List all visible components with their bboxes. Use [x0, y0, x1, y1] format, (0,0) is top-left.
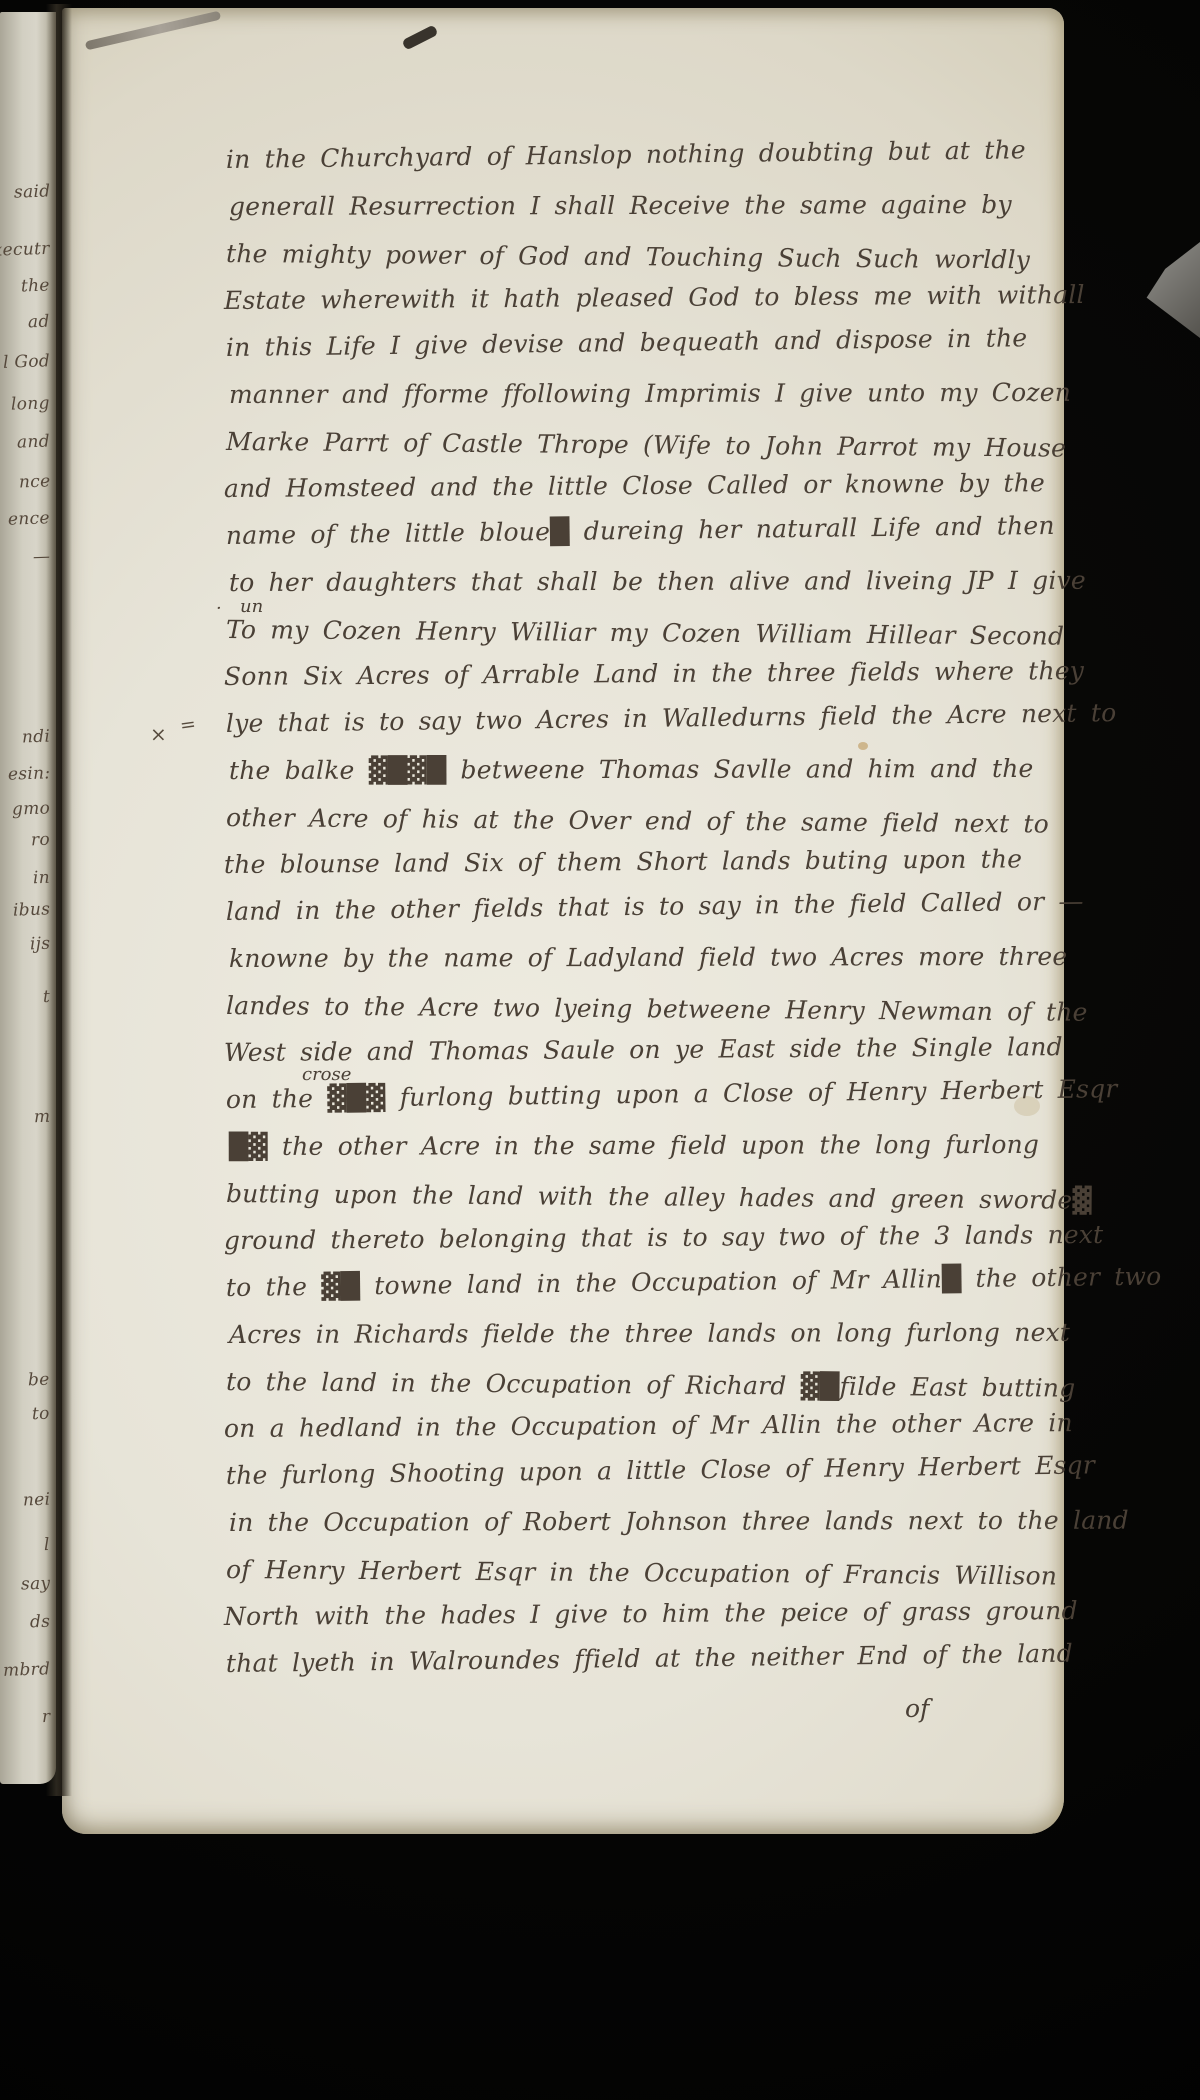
- verso-text-fragment: r: [41, 1707, 50, 1727]
- verso-text-fragment: Executr: [0, 239, 50, 261]
- manuscript-photo: said Executr the ad l God long and nce e…: [0, 0, 1200, 2100]
- marginal-dot-mark: ·: [216, 598, 222, 619]
- interlinear-insertion-crose: crose: [302, 1064, 351, 1085]
- manuscript-line: in the Occupation of Robert Johnson thre…: [229, 1501, 1081, 1550]
- verso-text-fragment: gmo: [12, 798, 51, 819]
- interlinear-insertion-un: un: [240, 596, 263, 617]
- verso-text-fragment: ijs: [29, 934, 50, 955]
- manuscript-line: to her daughters that shall be then aliv…: [229, 561, 1081, 610]
- verso-text-fragment: long: [11, 393, 50, 414]
- clip-fragment: [1142, 242, 1200, 338]
- manuscript-line: that lyeth in Walroundes ffield at the n…: [226, 1634, 1079, 1691]
- previous-page-edge: said Executr the ad l God long and nce e…: [0, 12, 56, 1784]
- manuscript-line: land in the other fields that is to say …: [226, 882, 1079, 939]
- verso-text-fragment: ds: [29, 1612, 50, 1633]
- manuscript-line: in the Churchyard of Hanslop nothing dou…: [226, 130, 1079, 187]
- marginal-cross-mark: ×: [150, 722, 167, 746]
- verso-text-fragment: m: [33, 1107, 50, 1128]
- manuscript-line: name of the little bloue█ dureing her na…: [226, 506, 1079, 563]
- verso-text-fragment: ad: [28, 312, 50, 333]
- manuscript-line: the balke ▓█▓█ betweene Thomas Savlle an…: [229, 749, 1081, 798]
- verso-text-fragment: —: [32, 547, 50, 568]
- manuscript-line: Acres in Richards fielde the three lands…: [229, 1313, 1081, 1362]
- manuscript-line: lye that is to say two Acres in Walledur…: [226, 694, 1079, 751]
- verso-text-fragment: esin:: [7, 763, 50, 784]
- manuscript-line: generall Resurrection I shall Receive th…: [229, 185, 1081, 234]
- verso-text-fragment: mbrd: [2, 1659, 50, 1681]
- verso-text-fragment: ence: [8, 508, 50, 529]
- manuscript-line: █▓ the other Acre in the same field upon…: [229, 1125, 1081, 1174]
- verso-text-fragment: in: [33, 868, 51, 889]
- manuscript-line: to the ▓█ towne land in the Occupation o…: [226, 1258, 1079, 1315]
- manuscript-line: on the ▓█▓ furlong butting upon a Close …: [226, 1070, 1079, 1127]
- verso-text-fragment: nei: [22, 1490, 50, 1511]
- verso-text-fragment: said: [13, 181, 50, 202]
- verso-text-fragment: the: [21, 276, 50, 297]
- manuscript-line: manner and fforme ffollowing Imprimis I …: [229, 373, 1081, 422]
- marginal-dash-mark: =: [179, 713, 198, 737]
- verso-text-fragment: to: [32, 1404, 50, 1425]
- manuscript-line: the furlong Shooting upon a little Close…: [226, 1446, 1079, 1503]
- verso-text-fragment: t: [43, 987, 51, 1007]
- verso-text-fragment: l God: [3, 351, 51, 373]
- verso-text-fragment: say: [20, 1573, 50, 1594]
- catchword: of: [905, 1694, 929, 1723]
- manuscript-line: in this Life I give devise and bequeath …: [226, 318, 1079, 375]
- verso-text-fragment: nce: [18, 471, 50, 492]
- manuscript-line: knowne by the name of Ladyland field two…: [229, 937, 1081, 986]
- verso-text-fragment: ro: [31, 830, 51, 851]
- verso-text-fragment: ibus: [12, 899, 50, 920]
- manuscript-text: in the Churchyard of Hanslop nothing dou…: [226, 140, 1078, 1691]
- verso-text-fragment: be: [28, 1370, 50, 1391]
- verso-text-fragment: ndi: [21, 727, 50, 748]
- verso-text-fragment: and: [17, 431, 51, 452]
- verso-text-fragment: l: [44, 1535, 50, 1555]
